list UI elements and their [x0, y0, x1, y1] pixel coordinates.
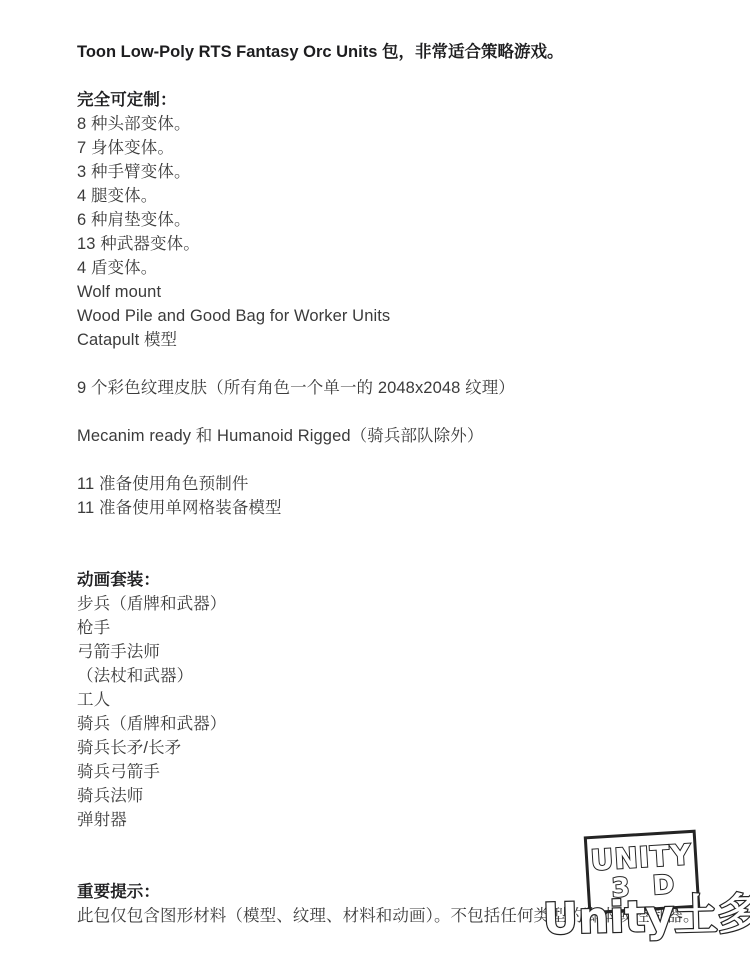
animation-item-cavalry: 骑兵（盾牌和武器） — [77, 712, 737, 736]
page-title: Toon Low-Poly RTS Fantasy Orc Units 包，非常… — [77, 40, 737, 64]
animation-item-cavalry-mage: 骑兵法师 — [77, 784, 737, 808]
spec-item-wolf-mount: Wolf mount — [77, 280, 737, 304]
animation-item-staff-weapon: （法杖和武器） — [77, 664, 737, 688]
product-description: Toon Low-Poly RTS Fantasy Orc Units 包，非常… — [77, 40, 737, 928]
spec-item-arms: 3 种手臂变体。 — [77, 160, 737, 184]
spacer — [77, 448, 737, 472]
animation-item-infantry: 步兵（盾牌和武器） — [77, 592, 737, 616]
animation-item-catapult: 弹射器 — [77, 808, 737, 832]
spacer — [77, 400, 737, 424]
spacer — [77, 352, 737, 376]
spec-item-shoulderpads: 6 种肩垫变体。 — [77, 208, 737, 232]
section-heading-animations: 动画套装： — [77, 568, 737, 592]
spec-item-shields: 4 盾变体。 — [77, 256, 737, 280]
prefab-line-characters: 11 准备使用角色预制件 — [77, 472, 737, 496]
spacer — [77, 520, 737, 568]
spec-item-legs: 4 腿变体。 — [77, 184, 737, 208]
animation-item-archer-mage: 弓箭手法师 — [77, 640, 737, 664]
section-heading-customizable: 完全可定制： — [77, 88, 737, 112]
animation-item-cavalry-spear: 骑兵长矛/长矛 — [77, 736, 737, 760]
rigging-line: Mecanim ready 和 Humanoid Rigged（骑兵部队除外） — [77, 424, 737, 448]
prefab-line-equipment: 11 准备使用单网格装备模型 — [77, 496, 737, 520]
spec-item-weapons: 13 种武器变体。 — [77, 232, 737, 256]
spec-item-bodies: 7 身体变体。 — [77, 136, 737, 160]
animation-item-worker: 工人 — [77, 688, 737, 712]
spacer — [77, 64, 737, 88]
spec-item-worker-props: Wood Pile and Good Bag for Worker Units — [77, 304, 737, 328]
spec-item-catapult: Catapult 模型 — [77, 328, 737, 352]
animation-item-cavalry-archer: 骑兵弓箭手 — [77, 760, 737, 784]
animation-item-gunner: 枪手 — [77, 616, 737, 640]
unity-wordmark-watermark: Unity土多 — [542, 891, 750, 944]
skins-line: 9 个彩色纹理皮肤（所有角色一个单一的 2048x2048 纹理） — [77, 376, 737, 400]
spec-item-heads: 8 种头部变体。 — [77, 112, 737, 136]
